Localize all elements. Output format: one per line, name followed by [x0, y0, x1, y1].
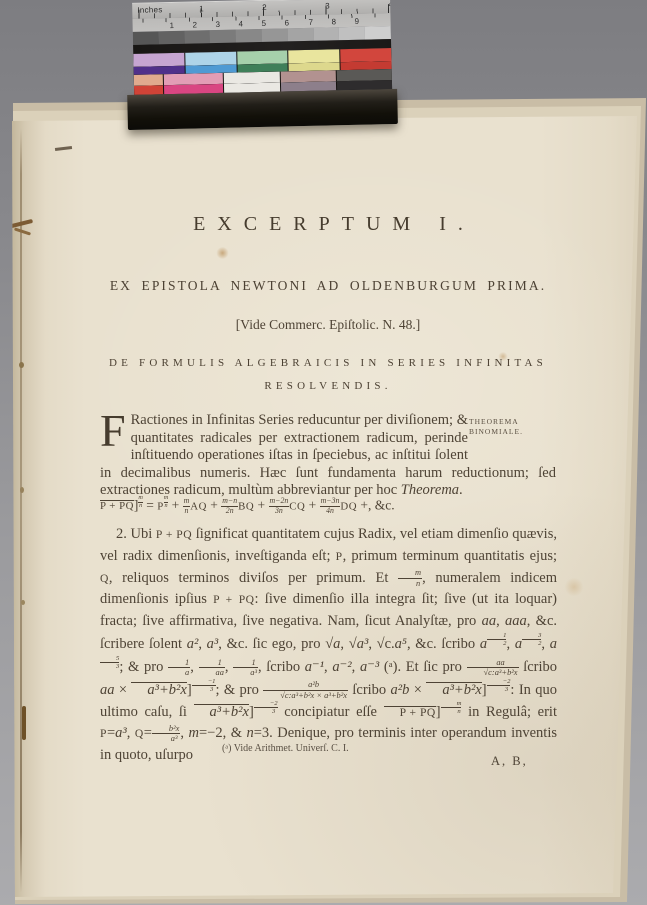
sewing-thread	[14, 227, 31, 235]
grayscale-step	[184, 30, 210, 44]
color-patch	[281, 81, 336, 91]
grayscale-step	[313, 27, 339, 41]
ruler-inch-number: 3	[325, 1, 330, 10]
grayscale-step	[236, 29, 262, 43]
color-patch	[337, 80, 392, 90]
margin-note: THEOREMA BINOMIALE.	[469, 417, 541, 437]
ruler-inch-number: 2	[262, 3, 267, 12]
sewing-thread	[22, 706, 26, 740]
paper-stain	[564, 578, 584, 596]
grayscale-step	[339, 27, 365, 41]
ruler-cm-number: 4	[239, 19, 244, 28]
color-patch	[237, 50, 288, 64]
grayscale-step	[365, 26, 391, 40]
color-patch	[289, 49, 340, 63]
ruler-cm-number: 3	[216, 20, 221, 29]
ruler-cm-number: 6	[284, 18, 289, 27]
reference-line: [Vide Commerc. Epiſtolic. N. 48.]	[100, 317, 556, 333]
binding-gutter	[20, 128, 22, 893]
ruler-cm-number: 5	[262, 19, 267, 28]
color-patch	[134, 74, 163, 86]
ruler-cm-number: 2	[193, 20, 198, 29]
ruler-cm-number: 8	[331, 17, 336, 26]
ruler-cm-number: 9	[354, 17, 359, 26]
signature-mark: A, B,	[491, 754, 528, 769]
color-patch	[185, 52, 236, 66]
binomial-theorem-formula: P + PQ]mn = Pmn + mnAQ + m−n2nBQ + m−2n3…	[100, 495, 556, 516]
ruler-inch-number: 1	[199, 4, 204, 13]
grayscale-step	[262, 28, 288, 42]
ruler-inch-number: 4	[388, 0, 390, 9]
ruler-cm-number: 7	[308, 18, 313, 27]
grayscale-step	[159, 31, 185, 45]
grayscale-step	[288, 28, 314, 42]
grayscale-step	[133, 31, 159, 45]
sewing-hole	[21, 600, 25, 605]
color-patch	[224, 83, 280, 93]
subtitle: EX EPISTOLA NEWTONI AD OLDENBURGUM PRIMA…	[100, 278, 556, 294]
ruler-base-clamp	[127, 89, 398, 130]
paragraph-2: 2. Ubi P + PQ ſignificat quantitatem cuj…	[100, 524, 557, 766]
section-heading-line2: RESOLVENDIS.	[100, 380, 556, 392]
color-patch	[164, 84, 223, 94]
photo-background: EXCERPTUM I. EX EPISTOLA NEWTONI AD OLDE…	[0, 0, 647, 905]
sewing-hole	[19, 362, 24, 368]
paper-stain	[216, 247, 229, 259]
ruler-cm-number: 1	[170, 21, 175, 30]
sewing-thread	[55, 146, 72, 151]
footnote: (ᵃ) Vide Arithmet. Univerſ. C. I.	[222, 743, 349, 754]
color-patch	[134, 85, 163, 95]
page-title: EXCERPTUM I.	[100, 213, 556, 236]
color-patch	[340, 48, 391, 62]
color-calibration-target: Inches 1234 123456789	[132, 0, 393, 129]
color-patch	[133, 53, 184, 67]
section-heading-line1: DE FORMULIS ALGEBRAICIS IN SERIES INFINI…	[100, 357, 556, 369]
sewing-hole	[20, 487, 24, 493]
drop-cap: F	[100, 412, 131, 448]
grayscale-step	[210, 30, 236, 44]
book-page: EXCERPTUM I. EX EPISTOLA NEWTONI AD OLDE…	[0, 0, 647, 905]
